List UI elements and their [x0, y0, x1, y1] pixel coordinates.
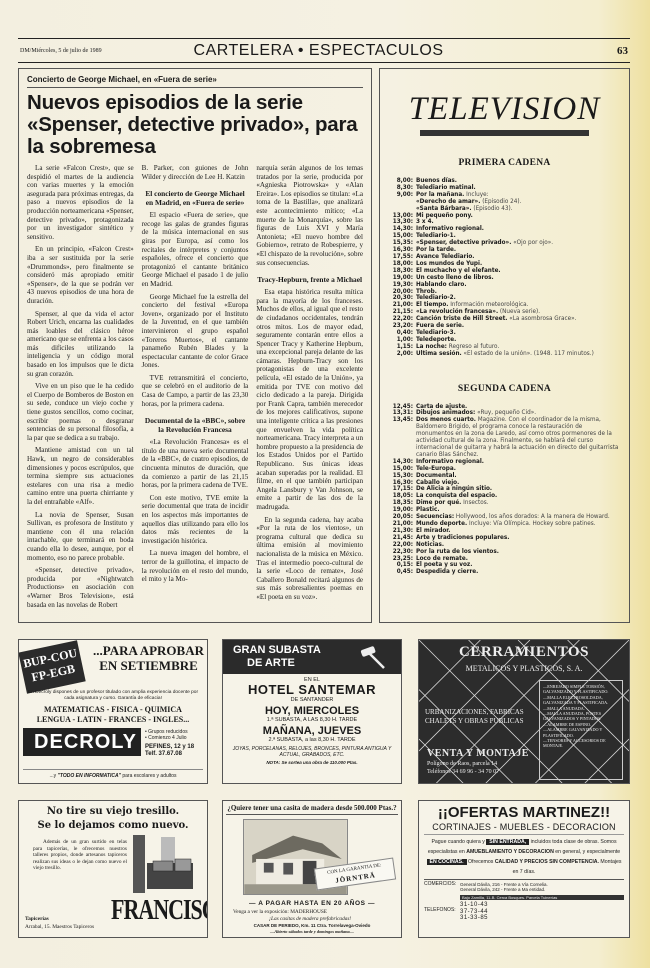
course-badge: BUP-COU FP-EGB: [18, 640, 85, 694]
program-row: 19,30:Hablando claro.: [390, 282, 619, 289]
program-time: 21,00:: [390, 302, 416, 309]
program-row: 8,00:Buenos días.: [390, 178, 619, 185]
program-time: 19,30:: [390, 282, 416, 289]
program-time: 19,00:: [390, 507, 416, 514]
program-title: De Alicia a ningún sitio.: [416, 486, 492, 492]
subjects: MATEMATICAS - FISICA - QUIMICA LENGUA - …: [21, 705, 205, 724]
program-title: Un cesto lleno de libros.: [416, 275, 494, 281]
program-time: 1,00:: [390, 337, 416, 344]
ad-headline: ¡¡OFERTAS MARTINEZ!!: [424, 804, 624, 822]
ad-text: En Decroly dispones de un profesor titul…: [23, 690, 203, 702]
paragraph: El espacio «Fuera de serie», que recoge …: [142, 211, 249, 288]
program-time: 0,40:: [390, 330, 416, 337]
program-row: 15,30:Documental.: [390, 473, 619, 480]
program-title: Carta de ajuste.: [416, 404, 467, 410]
ad-auction: GRAN SUBASTA DE ARTE EN EL HOTEL SANTEMA…: [222, 639, 402, 784]
program-row: 22,20:Canción triste de Hill Street. «La…: [390, 316, 619, 323]
text: Ofrecemos: [468, 859, 493, 865]
program-title: Dos menos cuarto.: [416, 417, 476, 423]
article-column-3: narquía serán algunos de los temas trata…: [256, 164, 363, 613]
program-title: Plastic.: [416, 507, 440, 513]
product-item: —Alambre galvanizado y plastificado.: [543, 727, 619, 738]
ad-cerramientos: CERRAMIENTOS METALICOS Y PLASTICOS, S. A…: [418, 639, 630, 784]
program-row: 0,45:Despedida y cierre.: [390, 569, 619, 576]
title-underline: [420, 130, 589, 136]
program-row: 13,00:Mi pequeño pony.: [390, 213, 619, 220]
program-info: Plastic.: [416, 507, 619, 514]
program-title: Telediario-1.: [416, 233, 456, 239]
auction-body: EN EL HOTEL SANTEMAR DE SANTANDER HOY, M…: [223, 677, 401, 765]
auction-items: JOYAS, PORCELANAS, RELOJES, BRONCES, PIN…: [223, 746, 401, 758]
headline-line-2: Se lo dejamos como nuevo.: [23, 819, 203, 833]
program-time: 16,30:: [390, 247, 416, 254]
company-subtitle: METALICOS Y PLASTICOS, S. A.: [419, 664, 629, 673]
program-note: Hollywood, los años dorados: A la manera…: [456, 514, 610, 520]
program-note: (Episodio 43).: [473, 206, 512, 212]
program-info: Buenos días.: [416, 178, 619, 185]
ad-footer: Tapicerías Arrabal, 15. Maestros Tapicer…: [25, 915, 94, 931]
primera-schedule: 8,00:Buenos días. 8,30:Telediario matina…: [390, 178, 619, 358]
program-time: 20,05:: [390, 514, 416, 521]
program-row: 18,00:Los mundos de Yupi.: [390, 261, 619, 268]
opening-hours: —Abierto sábados tarde y domingos mañana…: [223, 929, 401, 934]
program-title: Arte y tradiciones populares.: [416, 535, 509, 541]
program-note: Incluye:: [466, 192, 488, 198]
program-title: Tele-Europa.: [416, 466, 456, 472]
program-row: 21,45:Arte y tradiciones populares.: [390, 535, 619, 542]
services: URBANIZACIONES, FABRICAS CHALETS Y OBRAS…: [425, 708, 535, 726]
day-1-detail: 1.ª SUBASTA, A LAS 8,30 H. TARDE: [223, 717, 401, 723]
program-info: El poeta y su voz.: [416, 562, 619, 569]
day-1: HOY, MIERCOLES: [223, 705, 401, 717]
program-info: Teledeporte.: [416, 337, 619, 344]
program-title: Hablando claro.: [416, 282, 467, 288]
program-title: El muchacho y el elefante.: [416, 268, 501, 274]
ad-footer: ...y "TODO EN INFORMATICA" para escolare…: [23, 769, 203, 779]
program-time: 18,00:: [390, 261, 416, 268]
program-info: Noticias.: [416, 542, 619, 549]
program-time: 13,30:: [390, 219, 416, 226]
day-2: MAÑANA, JUEVES: [223, 725, 401, 737]
program-title: La conquista del espacio.: [416, 493, 497, 499]
program-info: «Spenser, detective privado». «Ojo por o…: [416, 240, 619, 247]
paragraph: La nueva imagen del hombre, el terror de…: [142, 549, 249, 583]
service-line: CHALETS Y OBRAS PUBLICAS: [425, 717, 535, 726]
street: PEFINES, 12 y 18: [145, 744, 194, 751]
program-note: Magazine. Con el coordinador de la misma…: [416, 417, 618, 458]
program-time: 18,35:: [390, 500, 416, 507]
program-time: 14,30:: [390, 226, 416, 233]
exhibition: Venga a ver la exposición: MADERHOUSE: [233, 909, 327, 915]
program-time: 0,45:: [390, 569, 416, 576]
ad-headline: ¿Quiere tener una casita de madera desde…: [226, 804, 398, 815]
product-item: —Tensores y accesorios de montaje.: [543, 738, 619, 749]
stores-label: COMERCIOS:: [424, 882, 460, 902]
program-row: 22,00:Noticias.: [390, 542, 619, 549]
text-bold: CALIDAD Y PRECIOS SIN COMPETENCIA.: [495, 859, 599, 865]
program-info: Telediario-3.: [416, 330, 619, 337]
program-row: 23,20:Fuera de serie.: [390, 323, 619, 330]
program-title: «Spenser, detective privado».: [416, 240, 511, 246]
article-kicker: Concierto de George Michael, en «Fuera d…: [27, 75, 363, 88]
ad-subheadline: CORTINAJES - MUEBLES - DECORACION: [424, 822, 624, 835]
store: General Dávila, 242 - Frente a Ma entida…: [460, 887, 624, 892]
program-title: «La revolución francesa».: [416, 309, 498, 315]
bullet: • Comienzo 4 Julio: [145, 735, 188, 741]
phone: Telf. 37.67.08: [145, 751, 194, 758]
program-info: «Derecho de amar». (Episodio 24).: [416, 199, 619, 206]
program-note: (Nueva serie).: [500, 309, 540, 315]
program-time: 20,00:: [390, 289, 416, 296]
auction-banner: GRAN SUBASTA DE ARTE: [223, 640, 401, 674]
program-note: «El estado de la unión». (1948. 117 minu…: [464, 351, 594, 357]
program-time: 19,00:: [390, 275, 416, 282]
program-info: Por la tarde.: [416, 247, 619, 254]
program-title: Por la mañana.: [416, 192, 464, 198]
main-article: Concierto de George Michael, en «Fuera d…: [18, 68, 372, 623]
program-row: 18,35:Dime por qué. Insectos.: [390, 500, 619, 507]
program-time: 13,00:: [390, 213, 416, 220]
program-time: [390, 206, 416, 213]
product-item: —Enrejado simple torsión, galvanizado y …: [543, 684, 619, 695]
program-row: 15,00:Telediario-1.: [390, 233, 619, 240]
program-title: Noticias.: [416, 542, 444, 548]
program-time: 22,30:: [390, 549, 416, 556]
phone: 31-33-85: [460, 915, 624, 922]
article-column-2: B. Parker, con guiones de John Wilder y …: [142, 164, 249, 613]
paragraph: Vive en un piso que le ha cedido el Cuer…: [27, 382, 134, 442]
program-time: 23,25:: [390, 556, 416, 563]
program-time: 0,15:: [390, 562, 416, 569]
program-row: 15,00:Tele-Europa.: [390, 466, 619, 473]
program-row: 2,00:Ultima sesión. «El estado de la uni…: [390, 351, 619, 358]
ad-francisco: No tire su viejo tresillo. Se lo dejamos…: [18, 800, 208, 938]
program-note: «Ruy, pequeño Cid».: [477, 410, 536, 416]
program-title: La noche:: [416, 344, 447, 350]
program-info: Despedida y cierre.: [416, 569, 619, 576]
paragraph: narquía serán algunos de los temas trata…: [256, 164, 363, 267]
ad-decroly: BUP-COU FP-EGB ...PARA APROBAR EN SETIEM…: [18, 639, 208, 784]
hotel-name: HOTEL SANTEMAR: [223, 683, 401, 697]
program-title: Por la tarde.: [416, 247, 456, 253]
program-title: Mundo deporte.: [416, 521, 467, 527]
program-time: 2,00:: [390, 351, 416, 358]
program-time: 22,20:: [390, 316, 416, 323]
company-name: CERRAMIENTOS: [419, 644, 629, 661]
program-info: Un cesto lleno de libros.: [416, 275, 619, 282]
paragraph: «La Revolución Francesa» es el título de…: [142, 438, 249, 490]
program-note: Regreso al futuro.: [449, 344, 499, 350]
program-title: Despedida y cierre.: [416, 569, 478, 575]
program-row: 20,00:Throb.: [390, 289, 619, 296]
contact-info: COMERCIOS: General Dávila, 216 - Frente …: [424, 879, 624, 922]
program-title: Telediario-3.: [416, 330, 456, 336]
program-row: 17,55:Avance Telediario.: [390, 254, 619, 261]
program-time: 9,00:: [390, 192, 416, 199]
program-title: El tiempo.: [416, 302, 448, 308]
program-row: 0,15:El poeta y su voz.: [390, 562, 619, 569]
program-info: Carta de ajuste.: [416, 404, 619, 411]
program-title: Throb.: [416, 289, 437, 295]
program-title: Mi pequeño pony.: [416, 213, 473, 219]
program-time: 17,55:: [390, 254, 416, 261]
program-row: 1,00:Teledeporte.: [390, 337, 619, 344]
program-time: 16,30:: [390, 480, 416, 487]
program-row: 17,15:De Alicia a ningún sitio.: [390, 486, 619, 493]
paragraph: Mantiene amistad con un tal Hawk, un neg…: [27, 446, 134, 506]
footer-bold: "TODO EN INFORMATICA": [58, 773, 121, 779]
program-info: «Santa Bárbara». (Episodio 43).: [416, 206, 619, 213]
program-note: Información meteorológica.: [450, 302, 528, 308]
program-time: 13,45:: [390, 417, 416, 458]
venta-montaje: VENTA Y MONTAJE: [427, 748, 529, 759]
subheading: Tracy-Hepburn, frente a Michael: [256, 275, 363, 284]
ad-wooden-houses: ¿Quiere tener una casita de madera desde…: [222, 800, 402, 938]
program-row: 0,40:Telediario-3.: [390, 330, 619, 337]
program-time: 21,45:: [390, 535, 416, 542]
program-time: 1,15:: [390, 344, 416, 351]
program-title: Informativo regional.: [416, 226, 484, 232]
page-number: 63: [617, 45, 628, 57]
program-title: Caballo viejo.: [416, 480, 459, 486]
program-title: Loco de remate.: [416, 556, 468, 562]
product-item: —Malla anudada, postes galvanizados y pi…: [543, 711, 619, 722]
program-title: Dibujos animados:: [416, 410, 475, 416]
article-headline: Nuevos episodios de la serie «Spenser, d…: [27, 92, 363, 158]
highlight-cocinas: EN COCINAS.: [427, 859, 467, 865]
paragraph: En la segunda cadena, hay acaba «Por la …: [256, 516, 363, 602]
program-title: Los mundos de Yupi.: [416, 261, 482, 267]
program-time: 8,30:: [390, 185, 416, 192]
text: Pague cuando quiera y: [431, 839, 484, 845]
program-note: Insectos.: [463, 500, 488, 506]
store-strip: Bajo Zamilla, 11-B. Cerca Bosques. Parce…: [460, 895, 624, 900]
stores: General Dávila, 216 - Frente a Vía Corne…: [460, 882, 624, 902]
program-time: 21,30:: [390, 528, 416, 535]
paragraph: La serie «Falcon Crest», que se despidió…: [27, 164, 134, 241]
program-title: Telediario matinal.: [416, 185, 476, 191]
program-row: 19,00:Plastic.: [390, 507, 619, 514]
program-row: 16,30:Por la tarde.: [390, 247, 619, 254]
program-title: El mirador.: [416, 528, 450, 534]
program-time: 14,30:: [390, 459, 416, 466]
address-line: Polígono de Raos, parcela 14: [427, 761, 499, 769]
program-title: El poeta y su voz.: [416, 562, 472, 568]
ad-text: Además de un gran surtido en telas para …: [33, 839, 127, 872]
channel-heading-primera: PRIMERA CADENA: [390, 158, 619, 168]
program-row: 8,30:Telediario matinal.: [390, 185, 619, 192]
program-info: Dibujos animados: «Ruy, pequeño Cid».: [416, 410, 619, 417]
program-info: Telediario matinal.: [416, 185, 619, 192]
phones: 31-10-43 37-73-44 31-33-85: [460, 902, 624, 922]
program-note: «La asombrosa Grace».: [509, 316, 576, 322]
program-title: Fuera de serie.: [416, 323, 464, 329]
program-info: De Alicia a ningún sitio.: [416, 486, 619, 493]
tv-listings: TELEVISION PRIMERA CADENA 8,00:Buenos dí…: [379, 68, 630, 623]
section-title: CARTELERA • ESPECTACULOS: [150, 42, 617, 60]
program-info: El muchacho y el elefante.: [416, 268, 619, 275]
product-list: —Enrejado simple torsión, galvanizado y …: [539, 680, 623, 780]
program-time: 12,45:: [390, 404, 416, 411]
program-info: Avance Telediario.: [416, 254, 619, 261]
subjects-line-2: LENGUA - LATIN - FRANCES - INGLES...: [21, 715, 205, 725]
paragraph: George Michael fue la estrella del conci…: [142, 293, 249, 370]
address: Arrabal, 15. Maestros Tapiceros: [25, 923, 94, 931]
program-row: 9,00:Por la mañana. Incluye:: [390, 192, 619, 199]
program-row: 23,25:Loco de remate.: [390, 556, 619, 563]
program-title: Avance Telediario.: [416, 254, 474, 260]
program-note: «Ojo por ojo».: [513, 240, 553, 246]
brand-logo: DECROLY: [23, 728, 141, 756]
program-info: Hablando claro.: [416, 282, 619, 289]
program-info: Documental.: [416, 473, 619, 480]
program-title: Ultima sesión.: [416, 351, 462, 357]
address: PEFINES, 12 y 18 Telf. 37.67.08: [145, 744, 194, 758]
auction-note: NOTA: Se sortea una obra de 110.000 Ptas…: [223, 760, 401, 765]
program-title: Documental.: [416, 473, 457, 479]
headline-line-1: No tire su viejo tresillo.: [23, 805, 203, 819]
program-row: 13,30:3 x 4.: [390, 219, 619, 226]
program-title: Por la ruta de los vientos.: [416, 549, 499, 555]
subjects-line-1: MATEMATICAS - FISICA - QUIMICA: [21, 705, 205, 715]
program-title: Informativo regional.: [416, 459, 484, 465]
program-time: 17,15:: [390, 486, 416, 493]
paragraph: La novia de Spenser, Susan Sullivan, es …: [27, 511, 134, 563]
program-row: 13,45:Dos menos cuarto. Magazine. Con el…: [390, 417, 619, 458]
program-row: 21,30:El mirador.: [390, 528, 619, 535]
program-time: 21,00:: [390, 521, 416, 528]
program-title: «Derecho de amar».: [416, 199, 480, 205]
program-row: 21,00:Mundo deporte. Incluye: Vía Olímpi…: [390, 521, 619, 528]
program-title: Buenos días.: [416, 178, 457, 184]
program-time: 20,30:: [390, 295, 416, 302]
program-title: Canción triste de Hill Street.: [416, 316, 507, 322]
subheading: El concierto de George Michael en Madrid…: [142, 189, 249, 207]
footer-post: para escolares y adultos: [122, 773, 176, 779]
phones-label: TELEFONOS:: [424, 902, 460, 922]
program-info: Informativo regional.: [416, 226, 619, 233]
business-type: Tapicerías: [25, 915, 94, 923]
program-time: 18,05:: [390, 493, 416, 500]
program-info: Los mundos de Yupi.: [416, 261, 619, 268]
program-info: Ultima sesión. «El estado de la unión». …: [416, 351, 619, 358]
day-2-detail: 2.ª SUBASTA, a las 8,30 H. TARDE: [223, 737, 401, 743]
product-item: —Malla electrosoldada, galvanizada y pla…: [543, 695, 619, 706]
program-time: 22,00:: [390, 542, 416, 549]
tagline: ¡Las casitas de madera prefabricadas!: [269, 916, 351, 922]
program-info: Secuencias: Hollywood, los años dorados:…: [416, 514, 619, 521]
paragraph: Con este motivo, TVE emite la serie docu…: [142, 494, 249, 546]
program-time: [390, 199, 416, 206]
program-time: 18,30:: [390, 268, 416, 275]
program-note: Incluye: Vía Olímpica. Hockey sobre pati…: [469, 521, 596, 527]
ad-headline: ...PARA APROBAR EN SETIEMBRE: [91, 643, 206, 673]
armchair-illustration: [131, 835, 195, 893]
program-info: 3 x 4.: [416, 219, 619, 226]
program-title: Dime por qué.: [416, 500, 461, 506]
paragraph: Spenser, al que da vida el actor Robert …: [27, 310, 134, 379]
ad-body: Pague cuando quiera y SIN ENTRADA, inclu…: [424, 837, 624, 877]
segunda-schedule: 12,45:Carta de ajuste. 13,31:Dibujos ani…: [390, 404, 619, 577]
program-info: Dos menos cuarto. Magazine. Con el coord…: [416, 417, 619, 458]
masthead: DM/Miércoles, 5 de julio de 1989 CARTELE…: [18, 38, 630, 63]
service-line: URBANIZACIONES, FABRICAS: [425, 708, 535, 717]
brand-logo: FRANCISCO: [111, 893, 208, 927]
program-time: 8,00:: [390, 178, 416, 185]
program-row: 14,30:Informativo regional.: [390, 459, 619, 466]
article-columns: La serie «Falcon Crest», que se despidió…: [27, 164, 363, 613]
gavel-icon: [357, 644, 387, 670]
program-info: Canción triste de Hill Street. «La asomb…: [416, 316, 619, 323]
program-title: «Santa Bárbara».: [416, 206, 472, 212]
ad-headline: No tire su viejo tresillo. Se lo dejamos…: [23, 805, 203, 833]
program-row: «Santa Bárbara». (Episodio 43).: [390, 206, 619, 213]
text: en general, y especialmente: [555, 849, 620, 855]
program-info: Arte y tradiciones populares.: [416, 535, 619, 542]
program-time: 15,35:: [390, 240, 416, 247]
program-info: Fuera de serie.: [416, 323, 619, 330]
footer-pre: ...y: [49, 773, 56, 779]
program-row: 15,35:«Spenser, detective privado». «Ojo…: [390, 240, 619, 247]
text-bold: AMUEBLAMIENTO Y DECORACION: [466, 849, 554, 855]
newspaper-page: DM/Miércoles, 5 de julio de 1989 CARTELE…: [18, 0, 630, 968]
program-time: 21,15:: [390, 309, 416, 316]
program-time: 23,20:: [390, 323, 416, 330]
program-time: 15,00:: [390, 466, 416, 473]
program-row: 20,05:Secuencias: Hollywood, los años do…: [390, 514, 619, 521]
program-info: Loco de remate.: [416, 556, 619, 563]
program-row: 19,00:Un cesto lleno de libros.: [390, 275, 619, 282]
program-title: Secuencias:: [416, 514, 454, 520]
program-info: La noche: Regreso al futuro.: [416, 344, 619, 351]
program-info: Tele-Europa.: [416, 466, 619, 473]
program-info: Telediario-1.: [416, 233, 619, 240]
program-info: Throb.: [416, 289, 619, 296]
address: CASAR DE PERIEDO, Km. 11 Ctra. Torrelave…: [223, 923, 401, 928]
bullets: • Grupos reducidos • Comienzo 4 Julio: [145, 729, 188, 741]
tv-title: TELEVISION: [390, 91, 619, 128]
program-info: Por la mañana. Incluye:: [416, 192, 619, 199]
program-row: 13,31:Dibujos animados: «Ruy, pequeño Ci…: [390, 410, 619, 417]
paragraph: TVE retransmitirá el concierto, que se c…: [142, 374, 249, 408]
paragraph: «Spenser, detective privado», producida …: [27, 566, 134, 609]
company-address: Polígono de Raos, parcela 14 Teléfonos 3…: [427, 761, 499, 776]
phone-line: Teléfonos 34 69 96 - 34 70 07: [427, 769, 499, 777]
program-info: Informativo regional.: [416, 459, 619, 466]
program-row: 12,45:Carta de ajuste.: [390, 404, 619, 411]
program-info: Mi pequeño pony.: [416, 213, 619, 220]
program-row: 1,15:La noche: Regreso al futuro.: [390, 344, 619, 351]
program-row: 22,30:Por la ruta de los vientos.: [390, 549, 619, 556]
issue-date: DM/Miércoles, 5 de julio de 1989: [20, 48, 150, 54]
program-title: Telediario-2.: [416, 295, 456, 301]
program-title: Teledeporte.: [416, 337, 456, 343]
channel-heading-segunda: SEGUNDA CADENA: [390, 384, 619, 394]
article-column-1: La serie «Falcon Crest», que se despidió…: [27, 164, 134, 613]
ad-martinez: ¡¡OFERTAS MARTINEZ!! CORTINAJES - MUEBLE…: [418, 800, 630, 938]
paragraph: Esa etapa histórica resulta mítica para …: [256, 288, 363, 511]
program-time: 15,00:: [390, 233, 416, 240]
program-time: 15,30:: [390, 473, 416, 480]
program-info: Mundo deporte. Incluye: Vía Olímpica. Ho…: [416, 521, 619, 528]
subheading: Documental de la «BBC», sobre la Revoluc…: [142, 416, 249, 434]
paragraph: En un principio, «Falcon Crest» iba a se…: [27, 245, 134, 305]
paragraph: B. Parker, con guiones de John Wilder y …: [142, 164, 249, 181]
program-info: El mirador.: [416, 528, 619, 535]
program-time: 13,31:: [390, 410, 416, 417]
program-row: 14,30:Informativo regional.: [390, 226, 619, 233]
payment-terms: — A PAGAR HASTA EN 20 AÑOS —: [223, 900, 401, 907]
